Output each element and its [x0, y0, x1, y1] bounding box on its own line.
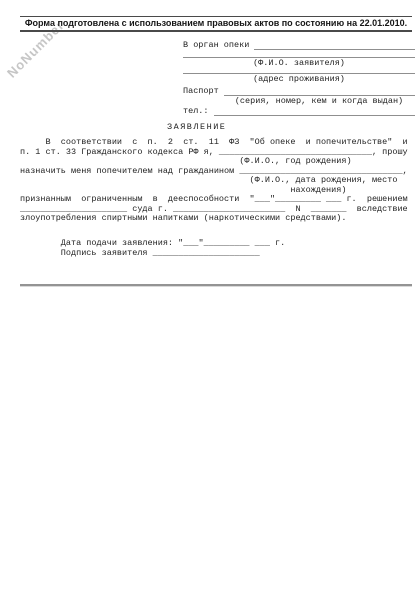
footer-block: Дата подачи заявления: "___"_________ __… [20, 239, 285, 258]
bottom-divider [20, 284, 412, 287]
text-line: Подпись заявителя _____________________ [20, 249, 285, 259]
phone-row: тел.: [183, 106, 415, 116]
passport-row: Паспорт [183, 86, 415, 96]
applicant-name-caption: (Ф.И.О. заявителя) [183, 59, 415, 68]
header-note: Форма подготовлена с использованием прав… [20, 16, 412, 32]
passport-input-line[interactable] [224, 86, 415, 96]
document-title: ЗАЯВЛЕНИЕ [167, 122, 226, 132]
recipient-block: В орган опеки (Ф.И.О. заявителя) (адрес … [183, 40, 415, 116]
text-line: злоупотребления спиртными напитками (нар… [20, 214, 408, 224]
passport-label: Паспорт [183, 87, 219, 96]
to-authority-input-line[interactable] [254, 40, 415, 50]
to-authority-row: В орган опеки [183, 40, 415, 50]
header-note-text: Форма подготовлена с использованием прав… [25, 18, 407, 28]
body-text: В соответствии с п. 2 ст. 11 ФЗ "Об опек… [20, 138, 408, 224]
passport-caption: (серия, номер, кем и когда выдан) [183, 97, 415, 106]
address-caption: (адрес проживания) [183, 75, 415, 84]
document-page: NoNumber Форма подготовлена с использова… [0, 0, 420, 600]
phone-input-line[interactable] [214, 106, 415, 116]
phone-label: тел.: [183, 107, 209, 116]
to-authority-label: В орган опеки [183, 41, 249, 50]
